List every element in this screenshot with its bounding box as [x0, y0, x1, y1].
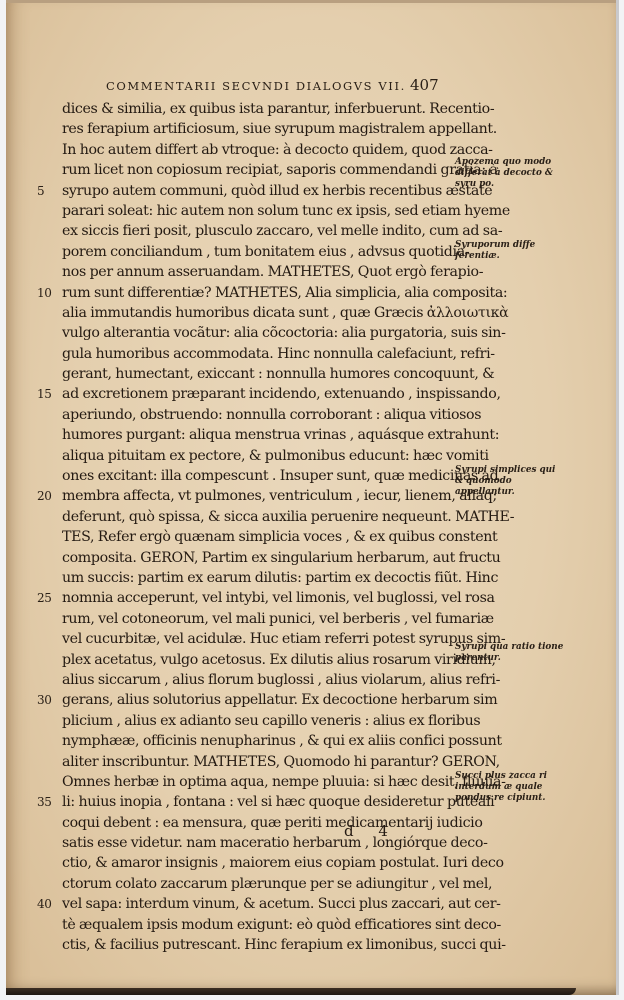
line-text: vel sapa: interdum vinum, & acetum. Succ… — [62, 896, 501, 912]
line-text: nymphææ, officinis nenupharinus , & qui … — [62, 733, 502, 749]
line-text: syrupo autem communi, quòd illud ex herb… — [62, 183, 492, 199]
line-text: ones excitant: illa compescunt . Insuper… — [62, 468, 498, 484]
text-line: 5syrupo autem communi, quòd illud ex her… — [62, 181, 442, 201]
line-text: humores purgant: aliqua menstrua vrinas … — [62, 427, 499, 443]
line-text: res ferapium artificiosum, siue syrupum … — [62, 121, 497, 137]
text-line: alius siccarum , alius florum buglossi ,… — [62, 670, 442, 690]
line-text: composita. GERON, Partim ex singularium … — [62, 550, 500, 566]
line-number: 25 — [37, 588, 57, 608]
text-line: ctis, & facilius putrescant. Hinc ferapi… — [62, 935, 442, 955]
text-line: 20membra affecta, vt pulmones, ventricul… — [62, 486, 442, 506]
line-number: 30 — [37, 690, 57, 710]
margin-note: Succi plus zacca ri interdum æ quale pon… — [455, 771, 565, 804]
text-line: 15ad excretionem præparant incidendo, ex… — [62, 384, 442, 404]
line-text: ex siccis fieri posit, plusculo zaccaro,… — [62, 223, 502, 239]
text-line: In hoc autem differt ab vtroque: à decoc… — [62, 140, 442, 160]
line-text: ctio, & amaror insignis , maiorem eius c… — [62, 855, 504, 871]
line-text: porem conciliandum , tum bonitatem eius … — [62, 244, 469, 260]
signature-mark: d 4 — [344, 822, 398, 840]
line-text: plicium , alius ex adianto seu capillo v… — [62, 713, 480, 729]
text-line: dices & similia, ex quibus ista parantur… — [62, 99, 442, 119]
line-text: alius siccarum , alius florum buglossi ,… — [62, 672, 500, 688]
margin-note: Syrupi qua ratio tione parentur. — [455, 642, 565, 664]
line-text: In hoc autem differt ab vtroque: à decoc… — [62, 142, 493, 158]
text-line: nymphææ, officinis nenupharinus , & qui … — [62, 731, 442, 751]
text-line: alia immutandis humoribus dicata sunt , … — [62, 303, 442, 323]
text-line: plex acetatus, vulgo acetosus. Ex diluti… — [62, 650, 442, 670]
text-line: composita. GERON, Partim ex singularium … — [62, 548, 442, 568]
line-text: coqui debent : ea mensura, quæ periti me… — [62, 815, 483, 831]
line-text: ctis, & facilius putrescant. Hinc ferapi… — [62, 937, 506, 953]
text-line: porem conciliandum , tum bonitatem eius … — [62, 242, 442, 262]
text-line: aliqua pituitam ex pectore, & pulmonibus… — [62, 446, 442, 466]
line-text: tè æqualem ipsis modum exigunt: eò quòd … — [62, 917, 501, 933]
text-line: aperiundo, obstruendo: nonnulla corrobor… — [62, 405, 442, 425]
text-line: res ferapium artificiosum, siue syrupum … — [62, 119, 442, 139]
margin-note: Apozema quo modo differat à decocto & sy… — [455, 157, 565, 190]
line-text: rum, vel cotoneorum, vel mali punici, ve… — [62, 611, 494, 627]
text-line: ctorum colato zaccarum plærunque per se … — [62, 874, 442, 894]
line-text: gerant, humectant, exiccant : nonnulla h… — [62, 366, 494, 382]
line-text: Omnes herbæ in optima aqua, nempe pluuia… — [62, 774, 506, 790]
line-number: 40 — [37, 894, 57, 914]
line-text: aperiundo, obstruendo: nonnulla corrobor… — [62, 407, 481, 423]
text-line: 40vel sapa: interdum vinum, & acetum. Su… — [62, 894, 442, 914]
text-line: tè æqualem ipsis modum exigunt: eò quòd … — [62, 915, 442, 935]
text-line: TES, Refer ergò quænam simplicia voces ,… — [62, 527, 442, 547]
line-text: vulgo alterantia vocãtur: alia cõcoctori… — [62, 325, 506, 341]
text-line: ctio, & amaror insignis , maiorem eius c… — [62, 853, 442, 873]
text-line: 25nomnia acceperunt, vel intybi, vel lim… — [62, 588, 442, 608]
text-line: ones excitant: illa compescunt . Insuper… — [62, 466, 442, 486]
text-line: rum, vel cotoneorum, vel mali punici, ve… — [62, 609, 442, 629]
text-line: ex siccis fieri posit, plusculo zaccaro,… — [62, 221, 442, 241]
line-text: aliqua pituitam ex pectore, & pulmonibus… — [62, 448, 489, 464]
line-text: dices & similia, ex quibus ista parantur… — [62, 101, 494, 117]
text-line: deferunt, quò spissa, & sicca auxilia pe… — [62, 507, 442, 527]
page-number: 407 — [410, 76, 439, 94]
line-number: 15 — [37, 384, 57, 404]
line-text: um succis: partim ex earum dilutis: part… — [62, 570, 498, 586]
text-line: 10rum sunt differentiæ? MATHETES, Alia s… — [62, 283, 442, 303]
line-number: 10 — [37, 283, 57, 303]
line-text: rum sunt differentiæ? MATHETES, Alia sim… — [62, 285, 507, 301]
running-head-title: COMMENTARII SECVNDI DIALOGVS VII. — [106, 79, 406, 93]
page-bottom-edge — [6, 988, 576, 995]
line-text: nos per annum asseruandam. MATHETES, Quo… — [62, 264, 483, 280]
text-line: 30gerans, alius solutorius appellatur. E… — [62, 690, 442, 710]
text-line: 35li: huius inopia , fontana : vel si hæ… — [62, 792, 442, 812]
line-text: aliter inscribuntur. MATHETES, Quomodo h… — [62, 754, 500, 770]
text-line: aliter inscribuntur. MATHETES, Quomodo h… — [62, 752, 442, 772]
text-line: gerant, humectant, exiccant : nonnulla h… — [62, 364, 442, 384]
line-text: ctorum colato zaccarum plærunque per se … — [62, 876, 492, 892]
line-text: membra affecta, vt pulmones, ventriculum… — [62, 488, 497, 504]
text-line: vulgo alterantia vocãtur: alia cõcoctori… — [62, 323, 442, 343]
line-text: deferunt, quò spissa, & sicca auxilia pe… — [62, 509, 514, 525]
line-number: 35 — [37, 792, 57, 812]
line-text: plex acetatus, vulgo acetosus. Ex diluti… — [62, 652, 496, 668]
text-line: gula humoribus accommodata. Hinc nonnull… — [62, 344, 442, 364]
line-text: TES, Refer ergò quænam simplicia voces ,… — [62, 529, 497, 545]
text-line: nos per annum asseruandam. MATHETES, Quo… — [62, 262, 442, 282]
line-text: alia immutandis humoribus dicata sunt , … — [62, 305, 508, 321]
line-text: li: huius inopia , fontana : vel si hæc … — [62, 794, 494, 810]
text-line: parari soleat: hic autem non solum tunc … — [62, 201, 442, 221]
line-number: 20 — [37, 486, 57, 506]
line-text: ad excretionem præparant incidendo, exte… — [62, 386, 501, 402]
text-line: humores purgant: aliqua menstrua vrinas … — [62, 425, 442, 445]
margin-note: Syruporum diffe ferentiæ. — [455, 240, 565, 262]
line-text: gerans, alius solutorius appellatur. Ex … — [62, 692, 497, 708]
text-line: vel cucurbitæ, vel acidulæ. Huc etiam re… — [62, 629, 442, 649]
line-text: rum licet non copiosum recipiat, saporis… — [62, 162, 498, 178]
running-head: COMMENTARII SECVNDI DIALOGVS VII. 407 — [106, 79, 546, 97]
text-line: plicium , alius ex adianto seu capillo v… — [62, 711, 442, 731]
text-line: um succis: partim ex earum dilutis: part… — [62, 568, 442, 588]
line-text: gula humoribus accommodata. Hinc nonnull… — [62, 346, 495, 362]
line-text: parari soleat: hic autem non solum tunc … — [62, 203, 510, 219]
line-text: satis esse videtur. nam maceratio herbar… — [62, 835, 488, 851]
line-text: nomnia acceperunt, vel intybi, vel limon… — [62, 590, 495, 606]
line-number: 5 — [37, 181, 57, 201]
line-text: vel cucurbitæ, vel acidulæ. Huc etiam re… — [62, 631, 505, 647]
text-line: Omnes herbæ in optima aqua, nempe pluuia… — [62, 772, 442, 792]
margin-note: Syrupi simplices qui & quomodo appellant… — [455, 465, 565, 498]
text-line: rum licet non copiosum recipiat, saporis… — [62, 160, 442, 180]
